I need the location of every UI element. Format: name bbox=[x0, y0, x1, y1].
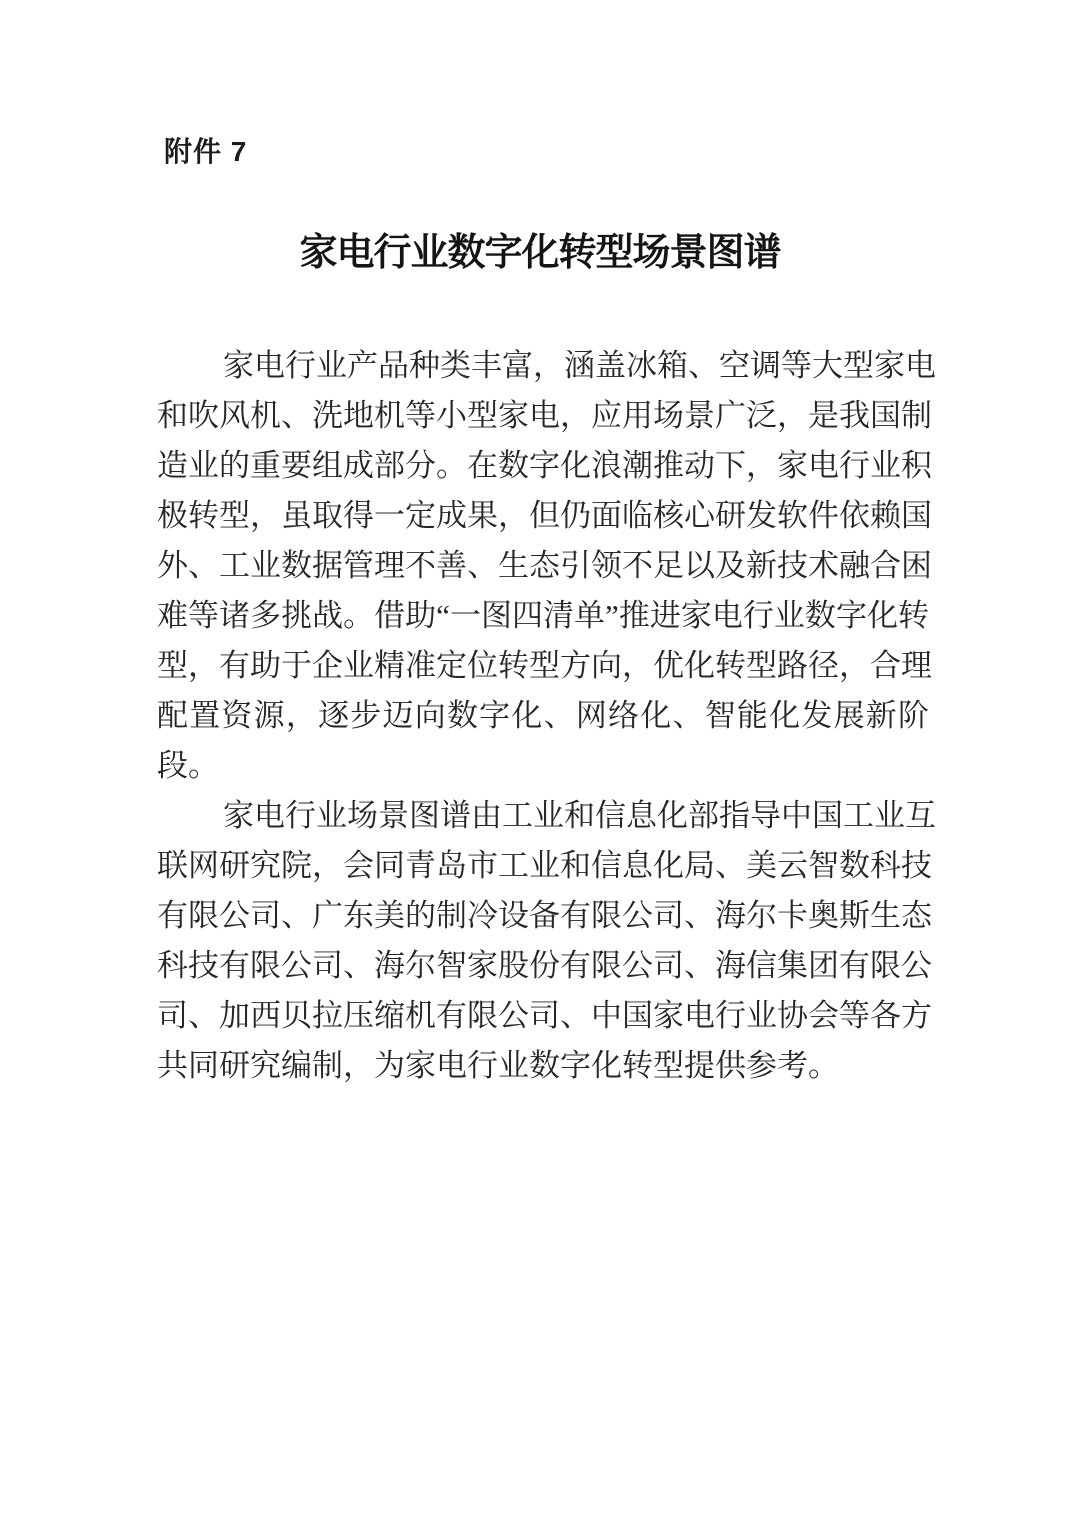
paragraph-2: 家电行业场景图谱由工业和信息化部指导中国工业互联网研究院，会同青岛市工业和信息化… bbox=[157, 791, 929, 1091]
text-line: 极转型，虽取得一定成果，但仍面临核心研发软件依赖国 bbox=[157, 491, 929, 541]
text-line: 和吹风机、洗地机等小型家电，应用场景广泛，是我国制 bbox=[157, 391, 929, 441]
text-line: 型，有助于企业精准定位转型方向，优化转型路径，合理 bbox=[157, 641, 929, 691]
text-line: 科技有限公司、海尔智家股份有限公司、海信集团有限公 bbox=[157, 941, 929, 991]
text-line: 家电行业场景图谱由工业和信息化部指导中国工业互 bbox=[157, 791, 929, 841]
document-body: 家电行业产品种类丰富，涵盖冰箱、空调等大型家电和吹风机、洗地机等小型家电，应用场… bbox=[157, 341, 929, 1091]
text-line: 有限公司、广东美的制冷设备有限公司、海尔卡奥斯生态 bbox=[157, 891, 929, 941]
paragraph-1: 家电行业产品种类丰富，涵盖冰箱、空调等大型家电和吹风机、洗地机等小型家电，应用场… bbox=[157, 341, 929, 791]
document-title: 家电行业数字化转型场景图谱 bbox=[0, 226, 1080, 280]
text-line: 共同研究编制，为家电行业数字化转型提供参考。 bbox=[157, 1041, 929, 1091]
text-line: 段。 bbox=[157, 741, 929, 791]
text-line: 造业的重要组成部分。在数字化浪潮推动下，家电行业积 bbox=[157, 441, 929, 491]
text-line: 家电行业产品种类丰富，涵盖冰箱、空调等大型家电 bbox=[157, 341, 929, 391]
text-line: 联网研究院，会同青岛市工业和信息化局、美云智数科技 bbox=[157, 841, 929, 891]
text-line: 司、加西贝拉压缩机有限公司、中国家电行业协会等各方 bbox=[157, 991, 929, 1041]
attachment-label: 附件 7 bbox=[164, 134, 247, 170]
document-page: 附件 7 家电行业数字化转型场景图谱 家电行业产品种类丰富，涵盖冰箱、空调等大型… bbox=[0, 0, 1080, 1527]
text-line: 配置资源，逐步迈向数字化、网络化、智能化发展新阶 bbox=[157, 691, 929, 741]
text-line: 难等诸多挑战。借助“一图四清单”推进家电行业数字化转 bbox=[157, 591, 929, 641]
text-line: 外、工业数据管理不善、生态引领不足以及新技术融合困 bbox=[157, 541, 929, 591]
